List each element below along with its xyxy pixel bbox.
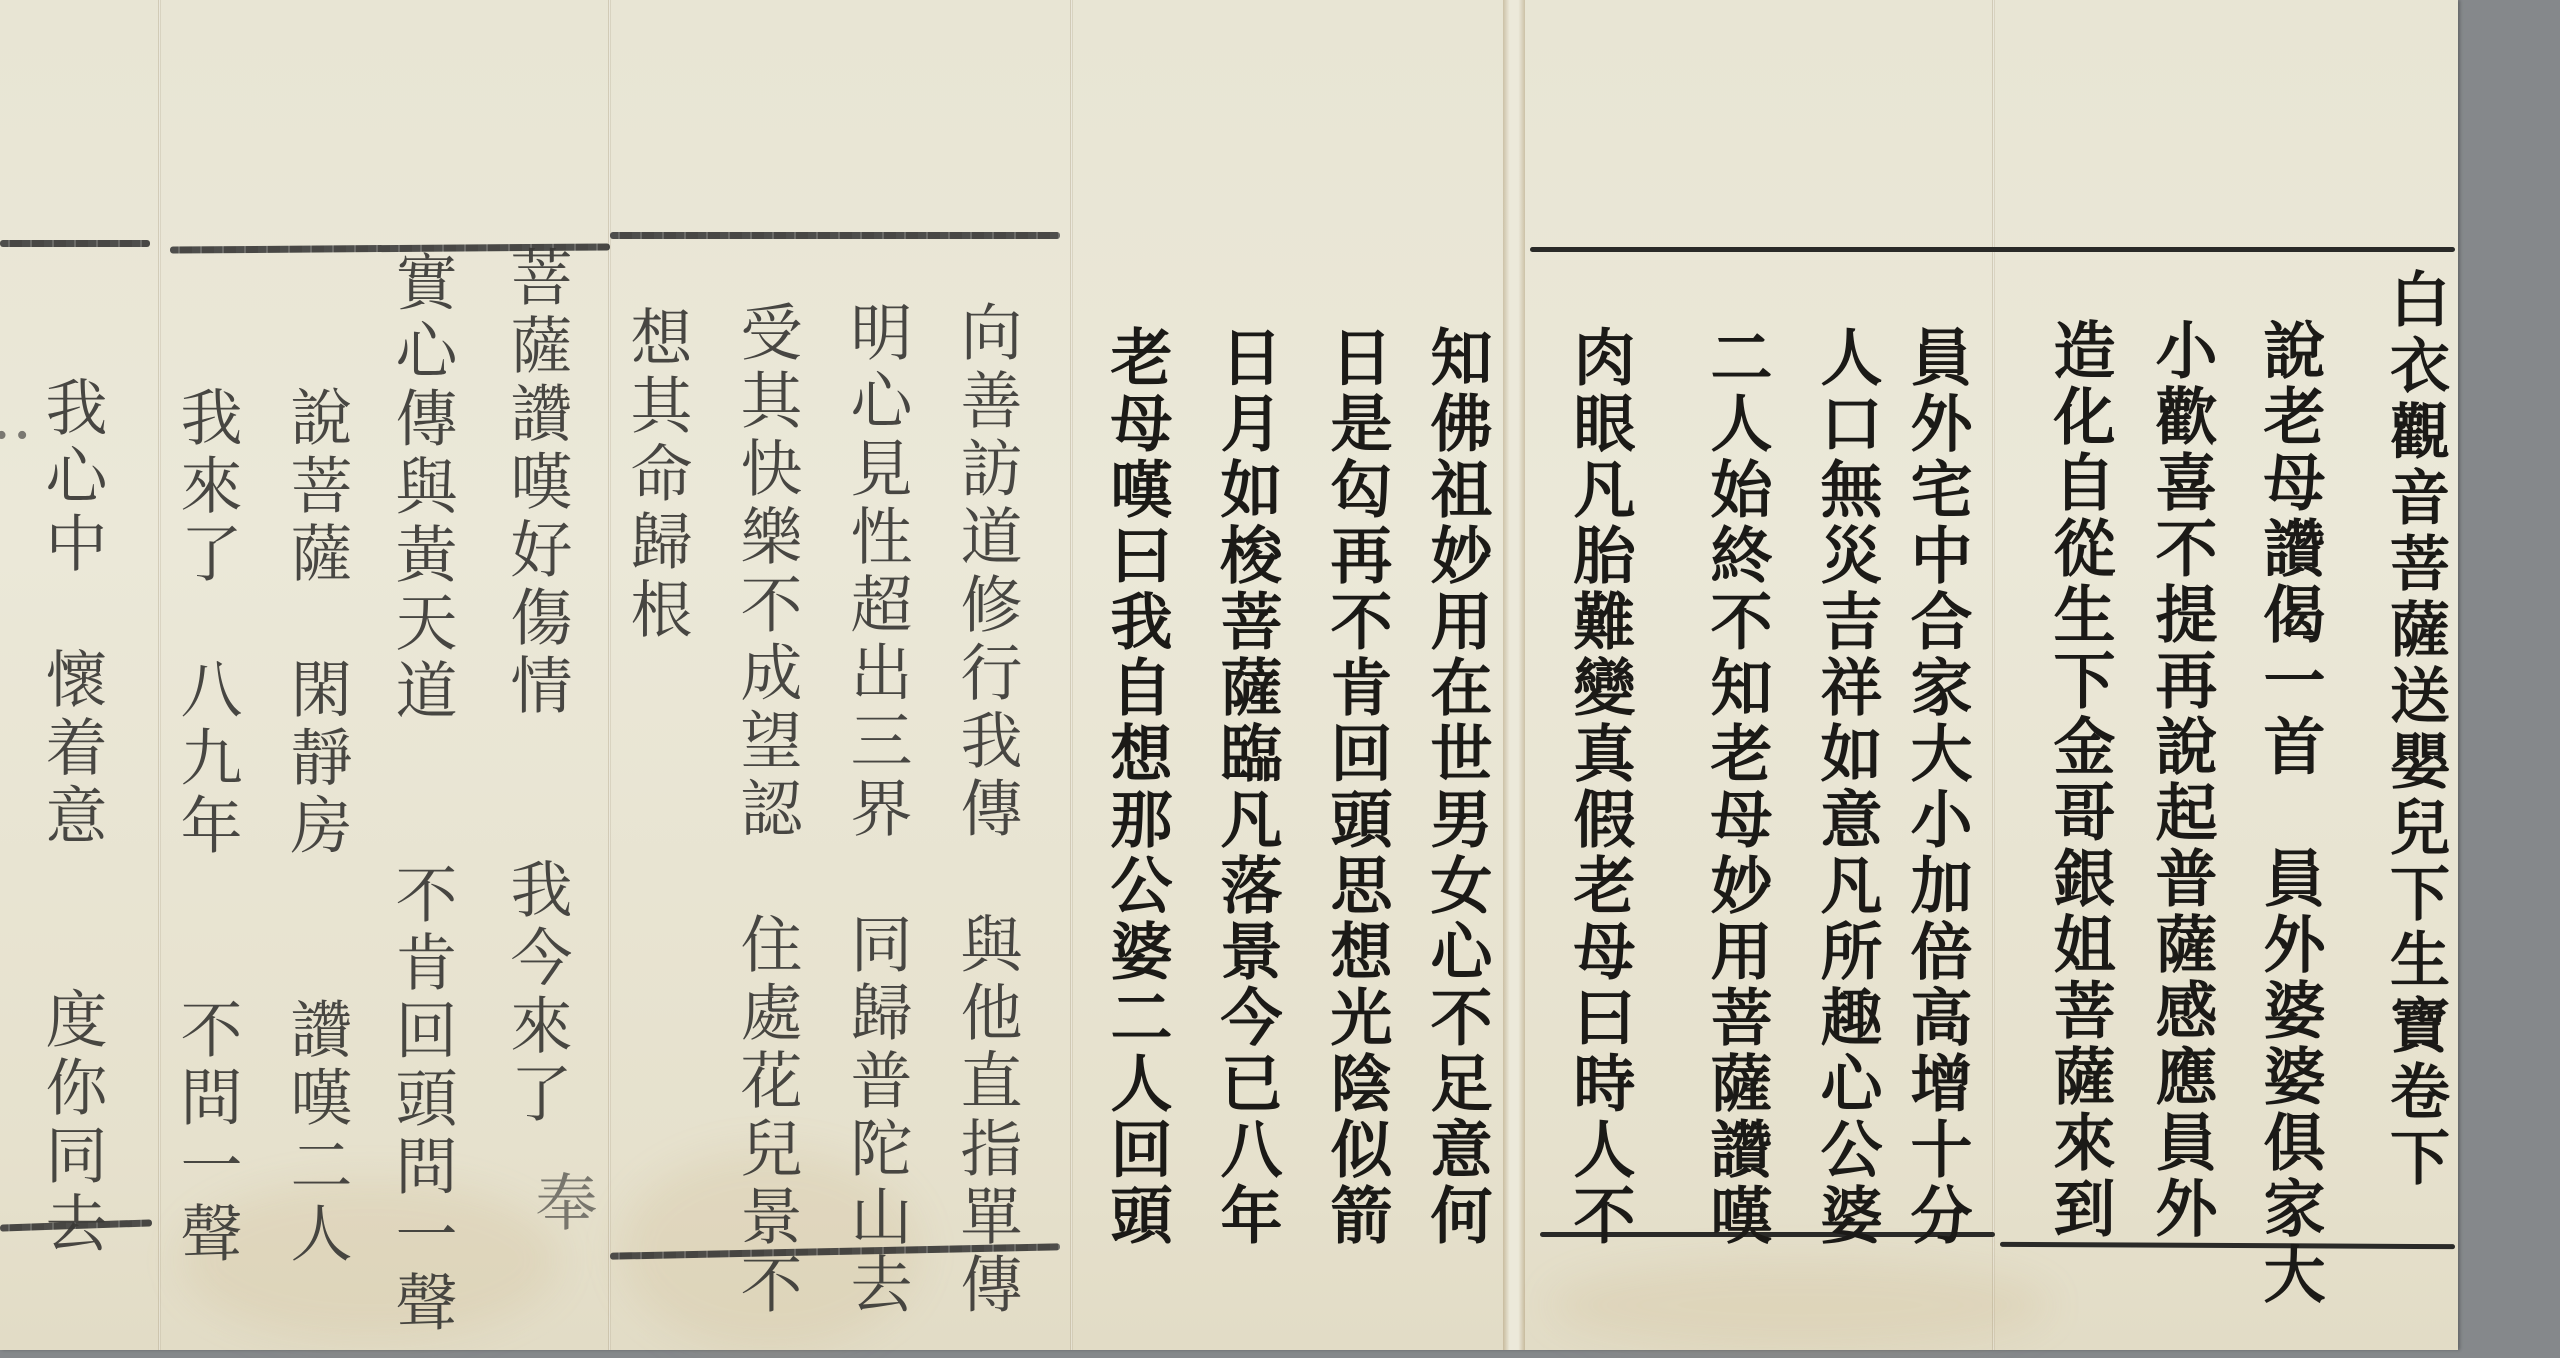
text-column: 向善訪道修行我傳 與他直指單傳	[955, 300, 1017, 1320]
text-column: 實心傳與黃天道 不肯回頭問一聲	[390, 250, 452, 1338]
panel-seam	[1070, 0, 1073, 1350]
text-column: 受其快樂不成望認 住處花兒景不	[735, 300, 797, 1320]
top-border-rule	[0, 240, 150, 247]
text-column: 我心中 懷着意 度你同去	[40, 375, 102, 1259]
top-border-rule	[1530, 247, 2455, 252]
text-fragment: 奉	[530, 1170, 592, 1238]
manuscript-paper: 白衣觀音菩薩送嬰兒下生寶卷下 說老母讚偈一首 員外婆婆俱家大 小歡喜不提再說起普…	[0, 0, 2458, 1350]
top-border-rule	[610, 232, 1060, 239]
text-column: 日月如梭菩薩臨凡落景今已八年	[1215, 325, 1277, 1249]
bottom-border-rule	[2000, 1242, 2455, 1249]
text-fragment-cut: …	[0, 380, 32, 459]
text-column: 二人始終不知老母妙用菩薩讚嘆	[1705, 325, 1767, 1249]
text-column: 明心見性超出三界 同歸普陀山去	[845, 300, 907, 1320]
scroll-title: 白衣觀音菩薩送嬰兒下生寶卷下	[2385, 268, 2445, 1192]
text-column: 肉眼凡胎難變真假老母曰時人不	[1568, 325, 1630, 1249]
panel-seam	[158, 0, 161, 1350]
text-column: 員外宅中合家大小加倍高增十分	[1905, 325, 1967, 1249]
text-column: 想其命歸根	[625, 305, 687, 645]
text-column: 小歡喜不提再說起普薩感應員外	[2150, 318, 2212, 1242]
text-column: 人口無災吉祥如意凡所趣心公婆	[1815, 325, 1877, 1249]
text-column: 造化自從生下金哥銀姐菩薩來到	[2048, 318, 2110, 1242]
panel-seam	[1992, 0, 1995, 1350]
text-column: 說老母讚偈一首 員外婆婆俱家大	[2258, 318, 2320, 1308]
panel-seam	[608, 0, 611, 1350]
panel-seam	[1503, 0, 1525, 1350]
text-column: 日是匃再不肯回頭思想光陰似箭	[1325, 325, 1387, 1249]
text-column: 說菩薩 閑靜房 讚嘆二人	[285, 385, 347, 1269]
text-column: 老母嘆曰我自想那公婆二人回頭	[1105, 325, 1167, 1249]
paper-stain	[1550, 1260, 2050, 1350]
text-column: 菩薩讚嘆好傷情 我今來了	[505, 245, 567, 1129]
text-column: 我來了 八九年 不問一聲	[175, 385, 237, 1269]
text-column: 知佛祖妙用在世男女心不足意何	[1425, 325, 1487, 1249]
